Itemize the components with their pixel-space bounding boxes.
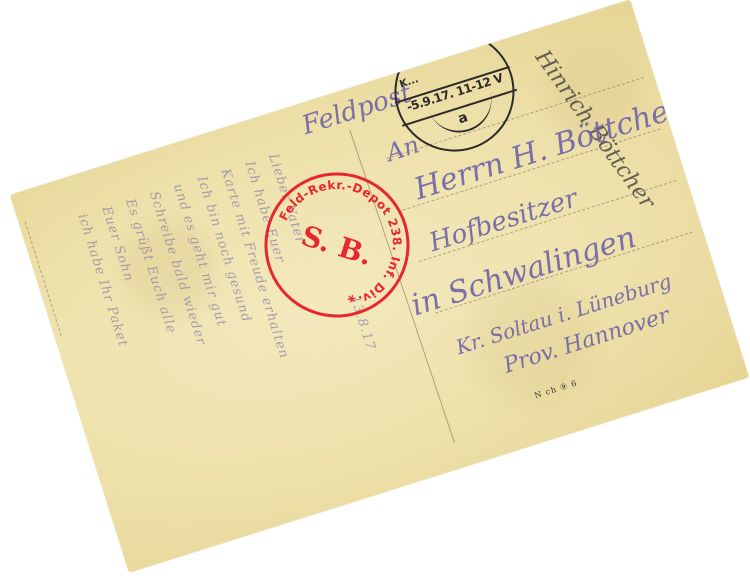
censor-center-text: S. B. bbox=[297, 219, 376, 272]
postmark-town: K... bbox=[398, 74, 420, 90]
print-mark: N ch ⑨ 6 bbox=[533, 378, 578, 400]
perforation-edge bbox=[25, 222, 62, 337]
star-icon: * bbox=[344, 291, 358, 312]
